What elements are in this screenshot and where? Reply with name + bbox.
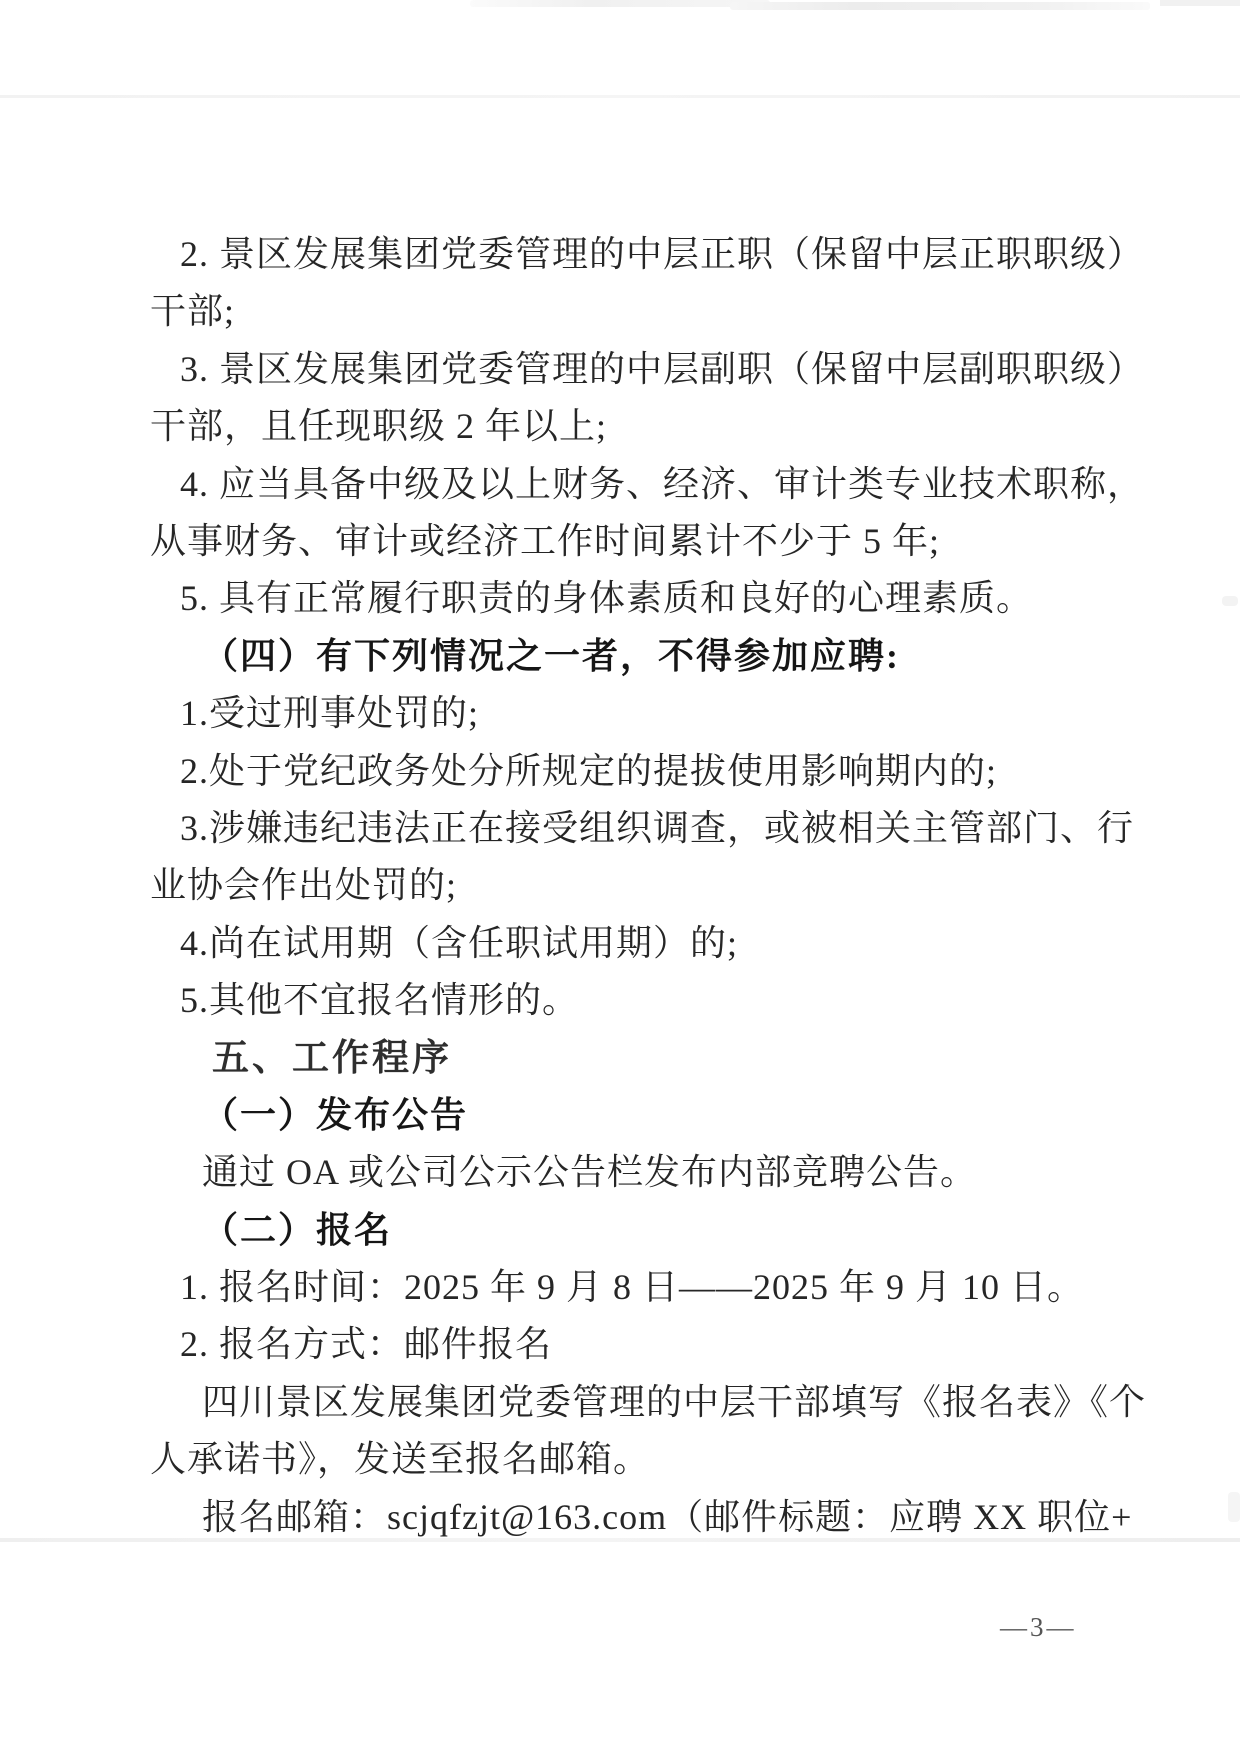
- scan-artifact-speck: [1228, 1492, 1240, 1522]
- page-number: —3—: [1000, 1612, 1077, 1643]
- doc-line-item-4-continuation: 从事财务、审计或经济工作时间累计不少于 5 年;: [150, 513, 1130, 570]
- doc-line-disq-3-investigation: 3.涉嫌违纪违法正在接受组织调查，或被相关主管部门、行: [150, 800, 1130, 857]
- doc-line-item-5-health-requirement: 5. 具有正常履行职责的身体素质和良好的心理素质。: [150, 570, 1130, 627]
- scan-artifact-top-streak: [470, 0, 770, 7]
- scan-artifact-top-streak: [1160, 0, 1240, 6]
- doc-line-item-2-midlevel-principal: 2. 景区发展集团党委管理的中层正职（保留中层正职职级）: [150, 226, 1130, 283]
- doc-line-item-3-midlevel-deputy: 3. 景区发展集团党委管理的中层副职（保留中层副职职级）: [150, 341, 1130, 398]
- doc-line-item-4-title-requirement: 4. 应当具备中级及以上财务、经济、审计类专业技术职称，: [150, 456, 1130, 513]
- doc-line-disq-4-probation: 4.尚在试用期（含任职试用期）的;: [150, 915, 1130, 972]
- scan-artifact-hairline: [0, 95, 1240, 98]
- doc-line-disq-5-other: 5.其他不宜报名情形的。: [150, 972, 1130, 1029]
- heading-subsection-1-announcement: （一）发布公告: [150, 1087, 1130, 1144]
- doc-line-disq-3-continuation: 业协会作出处罚的;: [150, 857, 1130, 914]
- heading-subsection-2-registration: （二）报名: [150, 1202, 1130, 1259]
- doc-line-disq-2-discipline: 2.处于党纪政务处分所规定的提拔使用影响期内的;: [150, 743, 1130, 800]
- doc-line-registration-method: 2. 报名方式：邮件报名: [150, 1316, 1130, 1373]
- heading-chapter-5-work-procedure: 五、工作程序: [150, 1029, 1130, 1086]
- scan-artifact-speck: [1222, 596, 1238, 606]
- heading-section-4-disqualification: （四）有下列情况之一者，不得参加应聘:: [150, 628, 1130, 685]
- doc-line-item-2-continuation: 干部;: [150, 283, 1130, 340]
- doc-line-registration-forms-continuation: 人承诺书》，发送至报名邮箱。: [150, 1431, 1130, 1488]
- doc-line-announcement-channel: 通过 OA 或公司公示公告栏发布内部竞聘公告。: [150, 1144, 1130, 1201]
- document-body: 2. 景区发展集团党委管理的中层正职（保留中层正职职级） 干部; 3. 景区发展…: [150, 226, 1130, 1546]
- doc-line-registration-email: 报名邮箱：scjqfzjt@163.com（邮件标题：应聘 XX 职位+: [150, 1489, 1130, 1546]
- doc-line-item-3-continuation: 干部，且任现职级 2 年以上;: [150, 398, 1130, 455]
- doc-line-registration-forms: 四川景区发展集团党委管理的中层干部填写《报名表》《个: [150, 1374, 1130, 1431]
- doc-line-registration-time: 1. 报名时间：2025 年 9 月 8 日——2025 年 9 月 10 日。: [150, 1259, 1130, 1316]
- doc-line-disq-1-criminal: 1.受过刑事处罚的;: [150, 685, 1130, 742]
- document-page: 2. 景区发展集团党委管理的中层正职（保留中层正职职级） 干部; 3. 景区发展…: [0, 0, 1240, 1754]
- scan-artifact-top-streak: [730, 2, 1150, 10]
